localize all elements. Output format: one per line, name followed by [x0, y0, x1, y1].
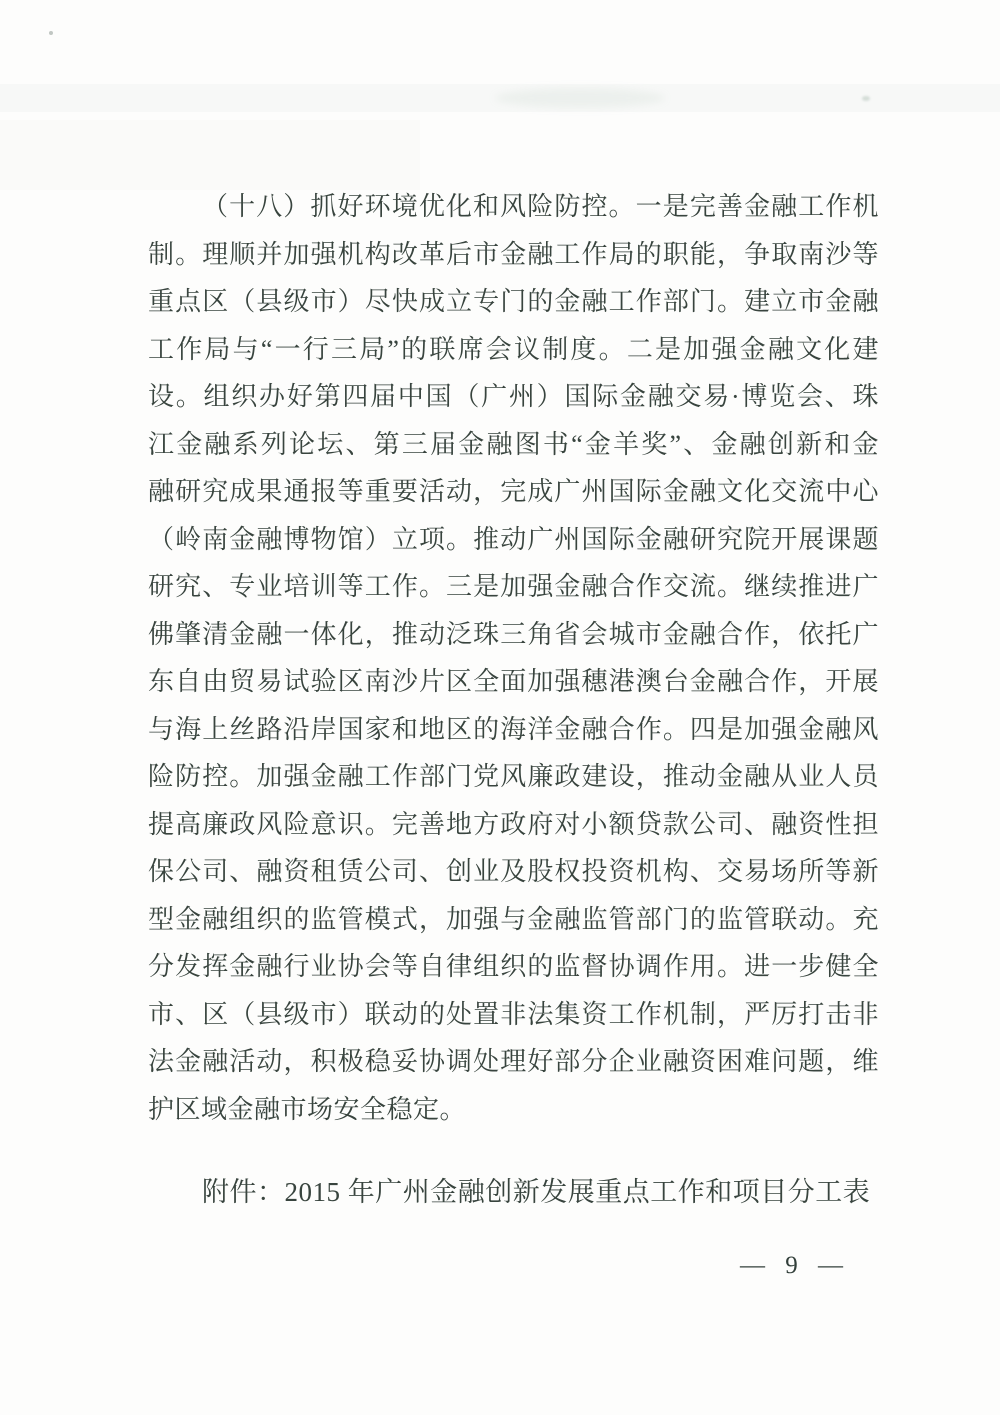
- scan-artifact-blob: [495, 88, 665, 108]
- attachment-note: 附件：2015 年广州金融创新发展重点工作和项目分工表: [202, 1168, 902, 1216]
- body-line-5: 设。组织办好第四届中国（广州）国际金融交易·博览会、珠: [148, 373, 879, 421]
- body-line-9: 研究、专业培训等工作。三是加强金融合作交流。继续推进广: [148, 563, 879, 611]
- body-line-12: 与海上丝路沿岸国家和地区的海洋金融合作。四是加强金融风: [148, 706, 879, 754]
- body-paragraph: （十八）抓好环境优化和风险防控。一是完善金融工作机 制。理顺并加强机构改革后市金…: [148, 183, 879, 1133]
- page-number: — 9 —: [740, 1248, 850, 1284]
- body-line-8: （岭南金融博物馆）立项。推动广州国际金融研究院开展课题: [148, 516, 879, 564]
- body-line-11: 东自由贸易试验区南沙片区全面加强穗港澳台金融合作，开展: [148, 658, 879, 706]
- body-line-20: 护区域金融市场安全稳定。: [148, 1086, 879, 1134]
- body-line-18: 市、区（县级市）联动的处置非法集资工作机制，严厉打击非: [148, 991, 879, 1039]
- body-line-19: 法金融活动，积极稳妥协调处理好部分企业融资困难问题，维: [148, 1038, 879, 1086]
- body-line-13: 险防控。加强金融工作部门党风廉政建设，推动金融从业人员: [148, 753, 879, 801]
- body-line-16: 型金融组织的监管模式，加强与金融监管部门的监管联动。充: [148, 896, 879, 944]
- document-page: （十八）抓好环境优化和风险防控。一是完善金融工作机 制。理顺并加强机构改革后市金…: [0, 0, 1000, 1415]
- scan-artifact-speck: [49, 31, 53, 35]
- body-line-1: （十八）抓好环境优化和风险防控。一是完善金融工作机: [148, 183, 879, 231]
- body-line-7: 融研究成果通报等重要活动，完成广州国际金融文化交流中心: [148, 468, 879, 516]
- body-line-14: 提高廉政风险意识。完善地方政府对小额贷款公司、融资性担: [148, 801, 879, 849]
- scan-artifact-band-2: [0, 120, 420, 190]
- body-line-17: 分发挥金融行业协会等自律组织的监督协调作用。进一步健全: [148, 943, 879, 991]
- body-line-15: 保公司、融资租赁公司、创业及股权投资机构、交易场所等新: [148, 848, 879, 896]
- scan-artifact-speck: [862, 96, 870, 101]
- body-line-10: 佛肇清金融一体化，推动泛珠三角省会城市金融合作，依托广: [148, 611, 879, 659]
- body-line-6: 江金融系列论坛、第三届金融图书“金羊奖”、金融创新和金: [148, 421, 879, 469]
- body-line-4: 工作局与“一行三局”的联席会议制度。二是加强金融文化建: [148, 326, 879, 374]
- body-line-2: 制。理顺并加强机构改革后市金融工作局的职能，争取南沙等: [148, 231, 879, 279]
- body-line-3: 重点区（县级市）尽快成立专门的金融工作部门。建立市金融: [148, 278, 879, 326]
